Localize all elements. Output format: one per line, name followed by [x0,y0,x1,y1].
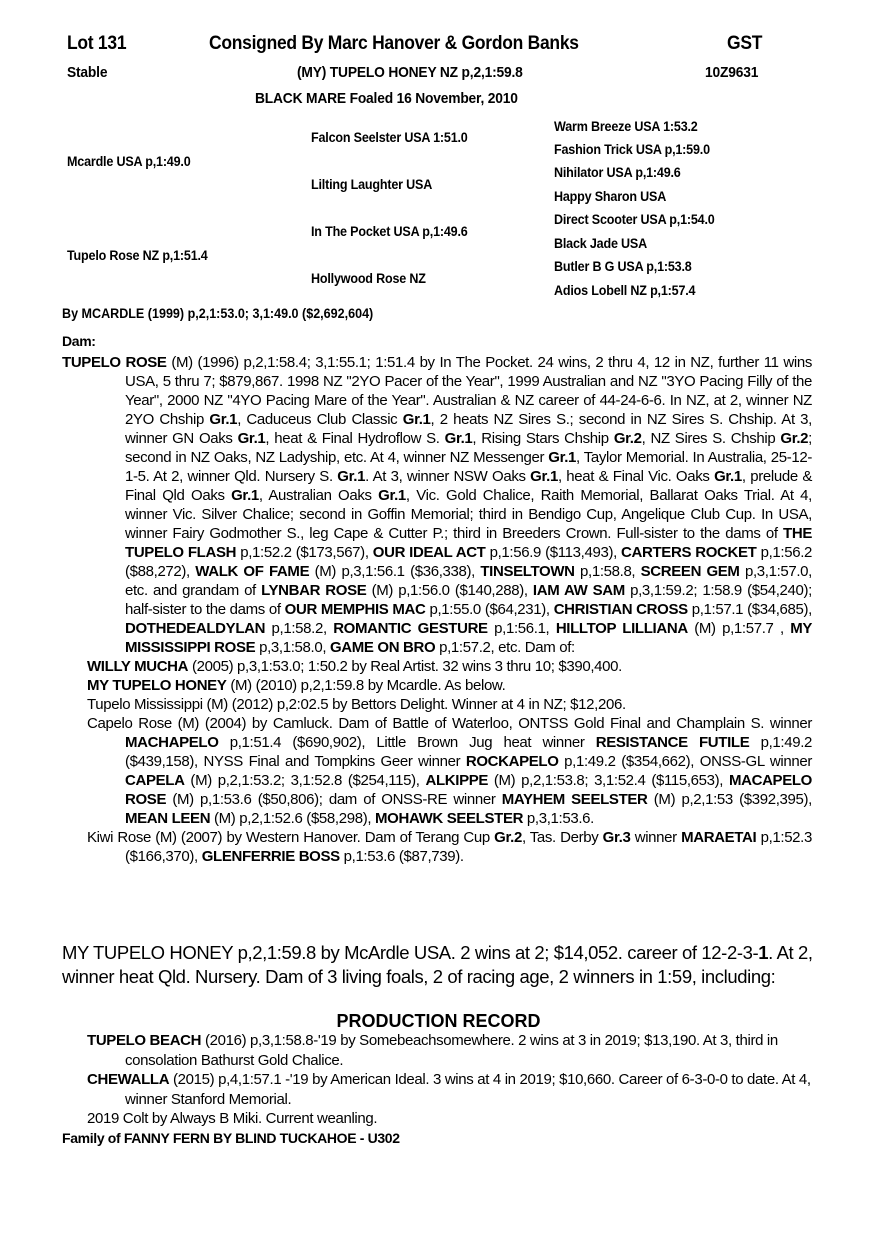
relative-name: MACHAPELO [125,734,219,751]
relative-name: MEAN LEEN [125,810,210,827]
sire-line: By MCARDLE (1999) p,2,1:53.0; 3,1:49.0 (… [62,306,373,321]
progeny-name: WILLY MUCHA [87,658,188,675]
relative-record: (M) p,3,1:56.1 ($36,338), [309,563,480,580]
relative-record: p,3,1:53.6. [523,810,594,827]
relative-record: p,1:58.2, [265,620,333,637]
grade-badge: Gr.1 [548,449,576,466]
grade-badge: Gr.1 [337,468,365,485]
relative-name: ROMANTIC GESTURE [333,620,488,637]
relative-name: ROCKAPELO [466,753,559,770]
progeny-record: (M) (2010) p,2,1:59.8 by Mcardle. As bel… [227,677,506,694]
progeny-record: (M) (2012) p,2:02.5 by Bettors Delight. … [203,696,626,713]
dam-text: , heat & Final Vic. Oaks [558,468,714,485]
foal-name: TUPELO BEACH [87,1032,201,1049]
foal-record: 2019 Colt by Always B Miki. Current wean… [87,1110,377,1127]
relative-name: CHRISTIAN CROSS [554,601,688,618]
relative-record: p,1:53.6 ($87,739). [340,848,464,865]
pedigree-dam-sire: In The Pocket USA p,1:49.6 [311,224,468,239]
relative-record: (M) p,2,1:53.2; 3,1:52.8 ($254,115), [185,772,426,789]
relative-record: (M) p,2,1:53 ($392,395), [648,791,812,808]
pedigree-gen3: Black Jade USA [554,236,647,251]
summary-bold: 1 [758,942,768,963]
relative-record: (M) p,1:56.0 ($140,288), [366,582,532,599]
production-item: CHEWALLA (2015) p,4,1:57.1 -'19 by Ameri… [62,1070,814,1109]
sale-code: GST [727,33,762,55]
relative-name: CAPELA [125,772,185,789]
grade-badge: Gr.1 [209,411,237,428]
pedigree-gen3: Nihilator USA p,1:49.6 [554,165,681,180]
pedigree-sire: Mcardle USA p,1:49.0 [67,154,191,169]
progeny-record: winner [630,829,681,846]
grade-badge: Gr.2 [780,430,808,447]
progeny-record: Capelo Rose (M) (2004) by Camluck. Dam o… [87,715,812,732]
production-item: 2019 Colt by Always B Miki. Current wean… [62,1109,814,1129]
relative-name: ALKIPPE [425,772,488,789]
foal-record: (2016) p,3,1:58.8-'19 by Somebeachsomewh… [125,1032,778,1069]
relative-record: p,1:58.8, [575,563,641,580]
relative-record: p,3,1:58.0, [255,639,330,656]
relative-record: (M) p,1:57.7 , [688,620,790,637]
dam-text: , Rising Stars Chship [472,430,613,447]
relative-record: p,1:56.1, [488,620,556,637]
dam-text: , NZ Sires S. Chship [642,430,781,447]
production-record-title: PRODUCTION RECORD [0,1011,877,1032]
dam-text: . At 3, winner NSW Oaks [365,468,530,485]
dam-text: , heat & Final Hydroflow S. [265,430,444,447]
production-item: TUPELO BEACH (2016) p,3,1:58.8-'19 by So… [62,1031,814,1070]
progeny-name: Tupelo Mississippi [87,696,203,713]
registration-number: 10Z9631 [705,64,758,81]
grade-badge: Gr.1 [378,487,406,504]
horse-title: (MY) TUPELO HONEY NZ p,2,1:59.8 [297,64,523,81]
grade-badge: Gr.2 [494,829,522,846]
consignor: Consigned By Marc Hanover & Gordon Banks [209,33,579,55]
production-record: TUPELO BEACH (2016) p,3,1:58.8-'19 by So… [62,1031,814,1148]
pedigree-dam-dam: Hollywood Rose NZ [311,271,426,286]
progeny-item: Tupelo Mississippi (M) (2012) p,2:02.5 b… [62,695,812,714]
pedigree-gen3: Happy Sharon USA [554,189,666,204]
dam-entry: TUPELO ROSE (M) (1996) p,2,1:58.4; 3,1:5… [62,353,812,657]
relative-record: (M) p,2,1:53.8; 3,1:52.4 ($115,653), [488,772,729,789]
relative-name: HILLTOP LILLIANA [556,620,688,637]
dam-label: Dam: [62,332,812,351]
grade-badge: Gr.1 [231,487,259,504]
lot-number: Lot 131 [67,33,126,55]
relative-record: (M) p,1:53.6 ($50,806); dam of ONSS-RE w… [166,791,502,808]
relative-name: MAYHEM SEELSTER [502,791,648,808]
grade-badge: Gr.2 [614,430,642,447]
grade-badge: Gr.1 [530,468,558,485]
relative-record: p,1:52.2 ($173,567), [236,544,373,561]
stable-label: Stable [67,64,107,81]
relative-name: OUR MEMPHIS MAC [285,601,426,618]
grade-badge: Gr.1 [714,468,742,485]
grade-badge: Gr.3 [603,829,631,846]
relative-name: TINSELTOWN [480,563,574,580]
progeny-capelo-rose: Capelo Rose (M) (2004) by Camluck. Dam o… [62,714,812,828]
progeny-item: MY TUPELO HONEY (M) (2010) p,2,1:59.8 by… [62,676,812,695]
relative-name: IAM AW SAM [533,582,625,599]
pedigree-sire-dam: Lilting Laughter USA [311,177,432,192]
dam-section: Dam: TUPELO ROSE (M) (1996) p,2,1:58.4; … [62,332,812,866]
dam-text: , Caduceus Club Classic [237,411,403,428]
progeny-name: MY TUPELO HONEY [87,677,227,694]
pedigree-gen3: Warm Breeze USA 1:53.2 [554,119,698,134]
relative-record: p,1:57.2, etc. Dam of: [435,639,575,656]
relative-name: MOHAWK SEELSTER [375,810,523,827]
progeny-record: Kiwi Rose (M) (2007) by Western Hanover.… [87,829,494,846]
pedigree-sire-sire: Falcon Seelster USA 1:51.0 [311,130,468,145]
pedigree-gen3: Adios Lobell NZ p,1:57.4 [554,283,695,298]
dam-text: , Australian Oaks [259,487,378,504]
foal-record: (2015) p,4,1:57.1 -'19 by American Ideal… [125,1071,811,1108]
relative-record: p,1:55.0 ($64,231), [426,601,554,618]
pedigree-gen3: Direct Scooter USA p,1:54.0 [554,212,715,227]
grade-badge: Gr.1 [403,411,431,428]
relative-record: p,1:57.1 ($34,685), [688,601,812,618]
relative-name: GAME ON BRO [330,639,435,656]
relative-name: WALK OF FAME [195,563,309,580]
pedigree-gen3: Butler B G USA p,1:53.8 [554,259,692,274]
family-line: Family of FANNY FERN BY BLIND TUCKAHOE -… [62,1129,814,1149]
progeny-item: WILLY MUCHA (2005) p,3,1:53.0; 1:50.2 by… [62,657,812,676]
grade-badge: Gr.1 [445,430,473,447]
horse-summary: MY TUPELO HONEY p,2,1:59.8 by McArdle US… [62,941,814,989]
catalogue-page: Lot 131 Consigned By Marc Hanover & Gord… [0,0,877,1240]
relative-name: RESISTANCE FUTILE [596,734,750,751]
relative-record: p,1:51.4 ($690,902), Little Brown Jug he… [219,734,596,751]
relative-record: (M) p,2,1:52.6 ($58,298), [210,810,375,827]
grade-badge: Gr.1 [238,430,266,447]
relative-name: DOTHEDEALDYLAN [125,620,265,637]
relative-name: OUR IDEAL ACT [373,544,486,561]
foal-name: CHEWALLA [87,1071,169,1088]
progeny-record: , Tas. Derby [522,829,603,846]
relative-name: LYNBAR ROSE [261,582,366,599]
relative-record: p,1:56.9 ($113,493), [486,544,622,561]
relative-name: MARAETAI [681,829,756,846]
pedigree-dam: Tupelo Rose NZ p,1:51.4 [67,248,208,263]
pedigree-gen3: Fashion Trick USA p,1:59.0 [554,142,710,157]
relative-name: SCREEN GEM [641,563,740,580]
progeny-record: (2005) p,3,1:53.0; 1:50.2 by Real Artist… [188,658,622,675]
relative-name: CARTERS ROCKET [621,544,756,561]
progeny-kiwi-rose: Kiwi Rose (M) (2007) by Western Hanover.… [62,828,812,866]
relative-name: GLENFERRIE BOSS [202,848,340,865]
horse-description: BLACK MARE Foaled 16 November, 2010 [255,90,518,107]
summary-text: MY TUPELO HONEY p,2,1:59.8 by McArdle US… [62,942,758,963]
progeny-list: WILLY MUCHA (2005) p,3,1:53.0; 1:50.2 by… [62,657,812,714]
relative-record: p,1:49.2 ($354,662), ONSS-GL winner [559,753,812,770]
dam-name: TUPELO ROSE [62,354,167,371]
